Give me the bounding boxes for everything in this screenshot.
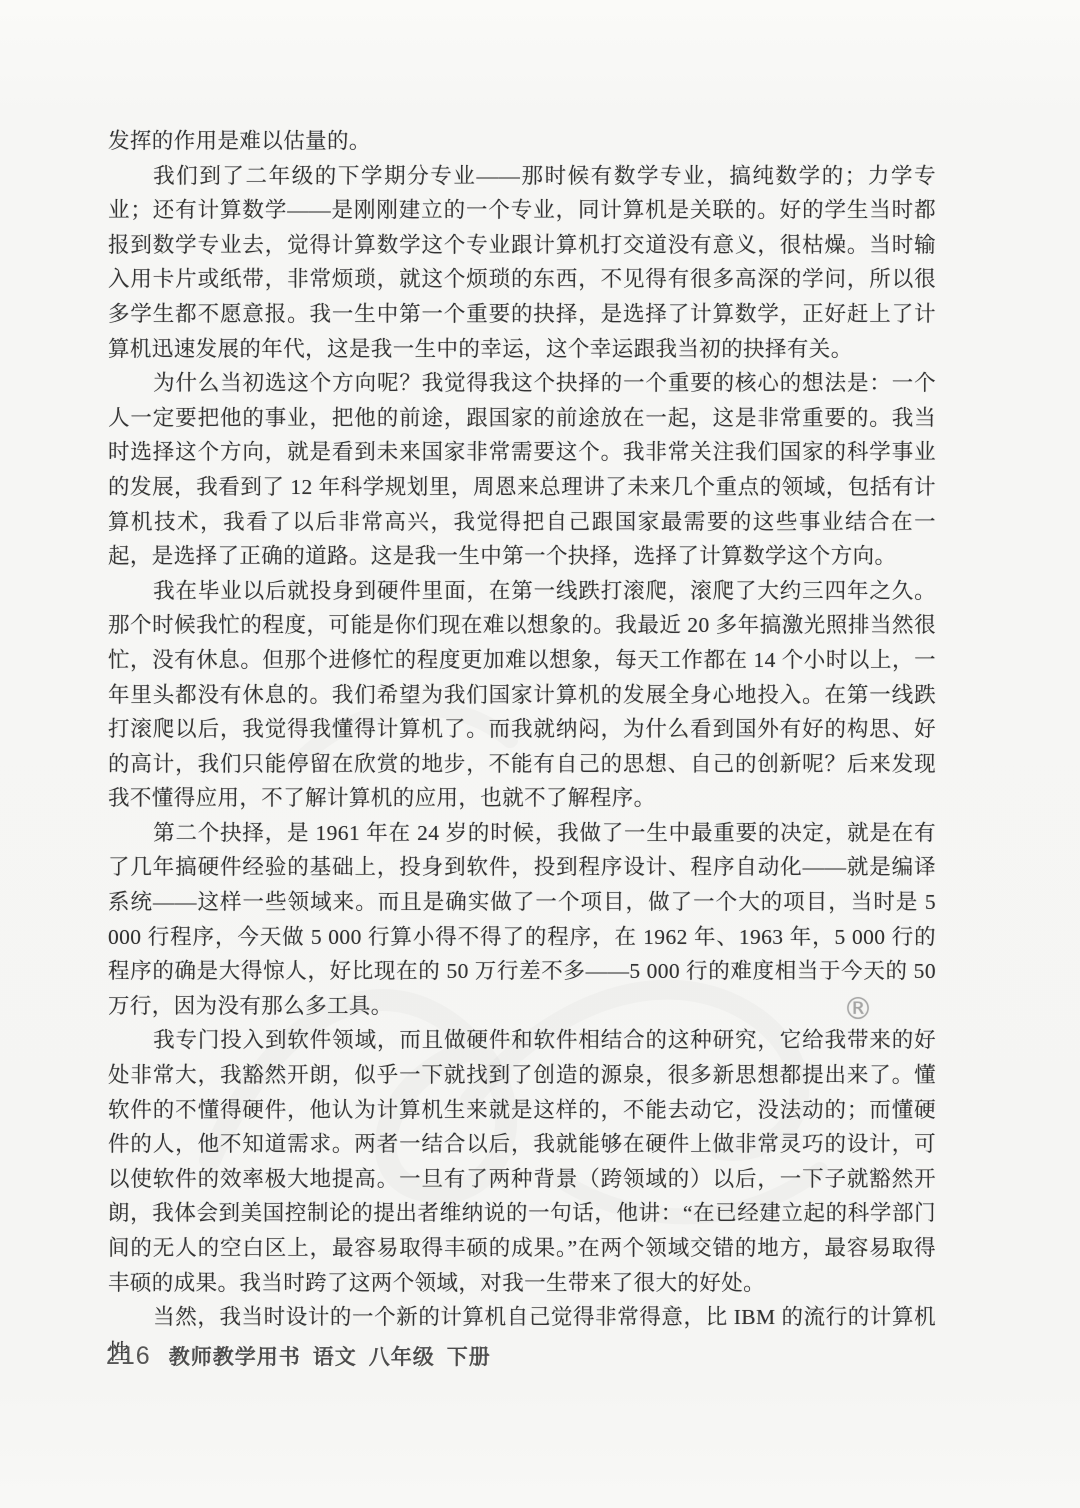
paragraph: 我专门投入到软件领域，而且做硬件和软件相结合的这种研究，它给我带来的好处非常大，… (108, 1023, 936, 1300)
paragraph: 我在毕业以后就投身到硬件里面，在第一线跌打滚爬，滚爬了大约三四年之久。那个时候我… (108, 574, 936, 816)
paragraph: 发挥的作用是难以估量的。 (108, 124, 936, 159)
scanned-book-page: ® 发挥的作用是难以估量的。 我们到了二年级的下学期分专业——那时候有数学专业，… (0, 0, 1080, 1508)
paragraph: 我们到了二年级的下学期分专业——那时候有数学专业，搞纯数学的；力学专业；还有计算… (108, 159, 936, 367)
paragraph: 为什么当初选这个方向呢？我觉得我这个抉择的一个重要的核心的想法是：一个人一定要把… (108, 366, 936, 574)
footer-book-title: 教师教学用书 (169, 1341, 301, 1371)
paragraph: 第二个抉择，是 1961 年在 24 岁的时候，我做了一生中最重要的决定，就是在… (108, 816, 936, 1024)
page-footer: 216 教师教学用书 语文 八年级 下册 (106, 1341, 503, 1371)
page-number: 216 (106, 1342, 151, 1371)
footer-volume: 下册 (447, 1341, 491, 1371)
text-body: 发挥的作用是难以估量的。 我们到了二年级的下学期分专业——那时候有数学专业，搞纯… (108, 124, 936, 1369)
footer-grade: 八年级 (369, 1341, 435, 1371)
footer-subject: 语文 (313, 1341, 357, 1371)
